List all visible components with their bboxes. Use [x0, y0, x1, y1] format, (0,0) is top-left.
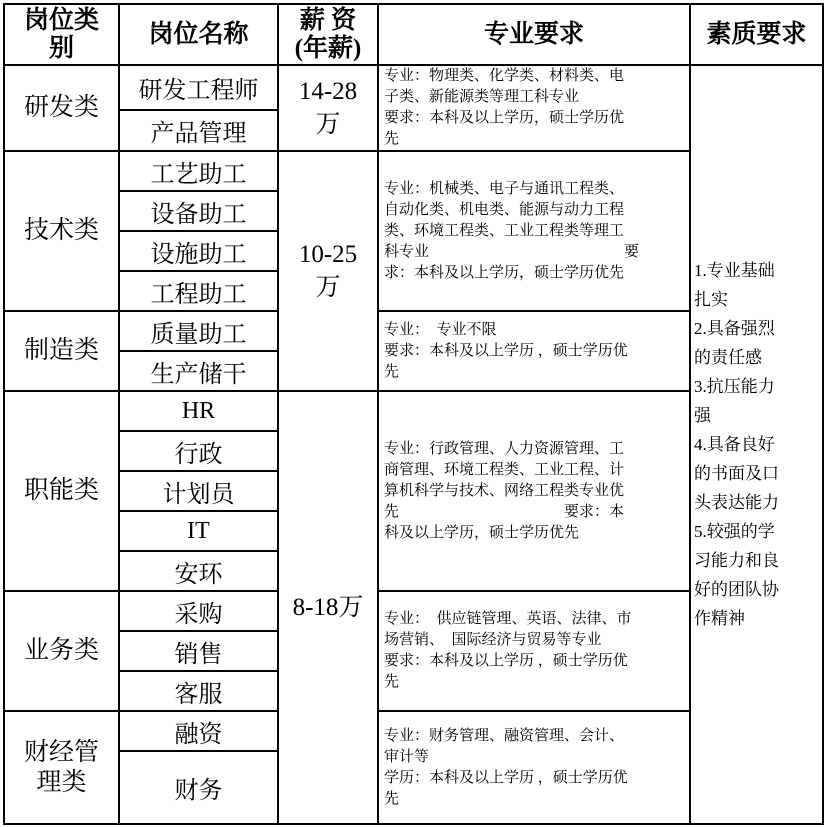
category-cell-functional: 职能类 — [4, 391, 119, 591]
major-requirements-cell-technology: 专业：机械类、电子与通讯工程类、 自动化类、机电类、能源与动力工程 类、环境工程… — [378, 151, 690, 311]
position-cell: 财务 — [119, 751, 278, 824]
position-cell: IT — [119, 511, 278, 551]
salary-cell-rnd: 14-28 万 — [278, 65, 378, 151]
job-positions-table: 岗位类 别 岗位名称 薪 资 (年薪) 专业要求 素质要求 研发类 研发工程师 … — [3, 3, 824, 825]
recruitment-table-page: 岗位类 别 岗位名称 薪 资 (年薪) 专业要求 素质要求 研发类 研发工程师 … — [0, 0, 825, 827]
category-cell-technology: 技术类 — [4, 151, 119, 311]
salary-cell-tech-manufacturing: 10-25 万 — [278, 151, 378, 391]
header-cell-position-name: 岗位名称 — [119, 4, 278, 65]
major-requirements-cell-finance: 专业：财务管理、融资管理、会计、 审计等 学历：本科及以上学历 ，硕士学历优 先 — [378, 711, 690, 824]
position-cell: 工程助工 — [119, 271, 278, 311]
major-requirements-cell-functional: 专业：行政管理、人力资源管理、工 商管理、环境工程类、工业工程、计 算机科学与技… — [378, 391, 690, 591]
table-row: 研发类 研发工程师 14-28 万 专业：物理类、化学类、材料类、电 子类、新能… — [4, 65, 823, 110]
salary-cell-func-business-finance: 8-18万 — [278, 391, 378, 824]
position-cell: 设备助工 — [119, 191, 278, 231]
category-cell-business: 业务类 — [4, 591, 119, 711]
category-cell-rnd: 研发类 — [4, 65, 119, 151]
position-cell: 工艺助工 — [119, 151, 278, 191]
position-cell: 设施助工 — [119, 231, 278, 271]
category-cell-finance: 财经管 理类 — [4, 711, 119, 824]
header-cell-major-requirements: 专业要求 — [378, 4, 690, 65]
position-cell: 质量助工 — [119, 311, 278, 351]
position-cell: 采购 — [119, 591, 278, 631]
header-row: 岗位类 别 岗位名称 薪 资 (年薪) 专业要求 素质要求 — [4, 4, 823, 65]
major-requirements-cell-rnd: 专业：物理类、化学类、材料类、电 子类、新能源类等理工科专业 要求：本科及以上学… — [378, 65, 690, 151]
major-requirements-cell-manufacturing: 专业： 专业不限 要求：本科及以上学历 ，硕士学历优 先 — [378, 311, 690, 391]
position-cell: 行政 — [119, 431, 278, 471]
position-cell: 销售 — [119, 631, 278, 671]
position-cell: 融资 — [119, 711, 278, 751]
header-cell-quality-requirements: 素质要求 — [690, 4, 823, 65]
major-requirements-cell-business: 专业： 供应链管理、英语、法律、市 场营销、 国际经济与贸易等专业 要求：本科及… — [378, 591, 690, 711]
position-cell: 生产储干 — [119, 351, 278, 391]
position-cell: 安环 — [119, 551, 278, 591]
header-cell-salary: 薪 资 (年薪) — [278, 4, 378, 65]
quality-requirements-cell: 1.专业基础 扎实 2.具备强烈 的责任感 3.抗压能力 强 4.具备良好 的书… — [690, 65, 823, 824]
position-cell: HR — [119, 391, 278, 431]
position-cell: 产品管理 — [119, 110, 278, 151]
position-cell: 客服 — [119, 671, 278, 711]
position-cell: 研发工程师 — [119, 65, 278, 110]
position-cell: 计划员 — [119, 471, 278, 511]
header-cell-category: 岗位类 别 — [4, 4, 119, 65]
category-cell-manufacturing: 制造类 — [4, 311, 119, 391]
